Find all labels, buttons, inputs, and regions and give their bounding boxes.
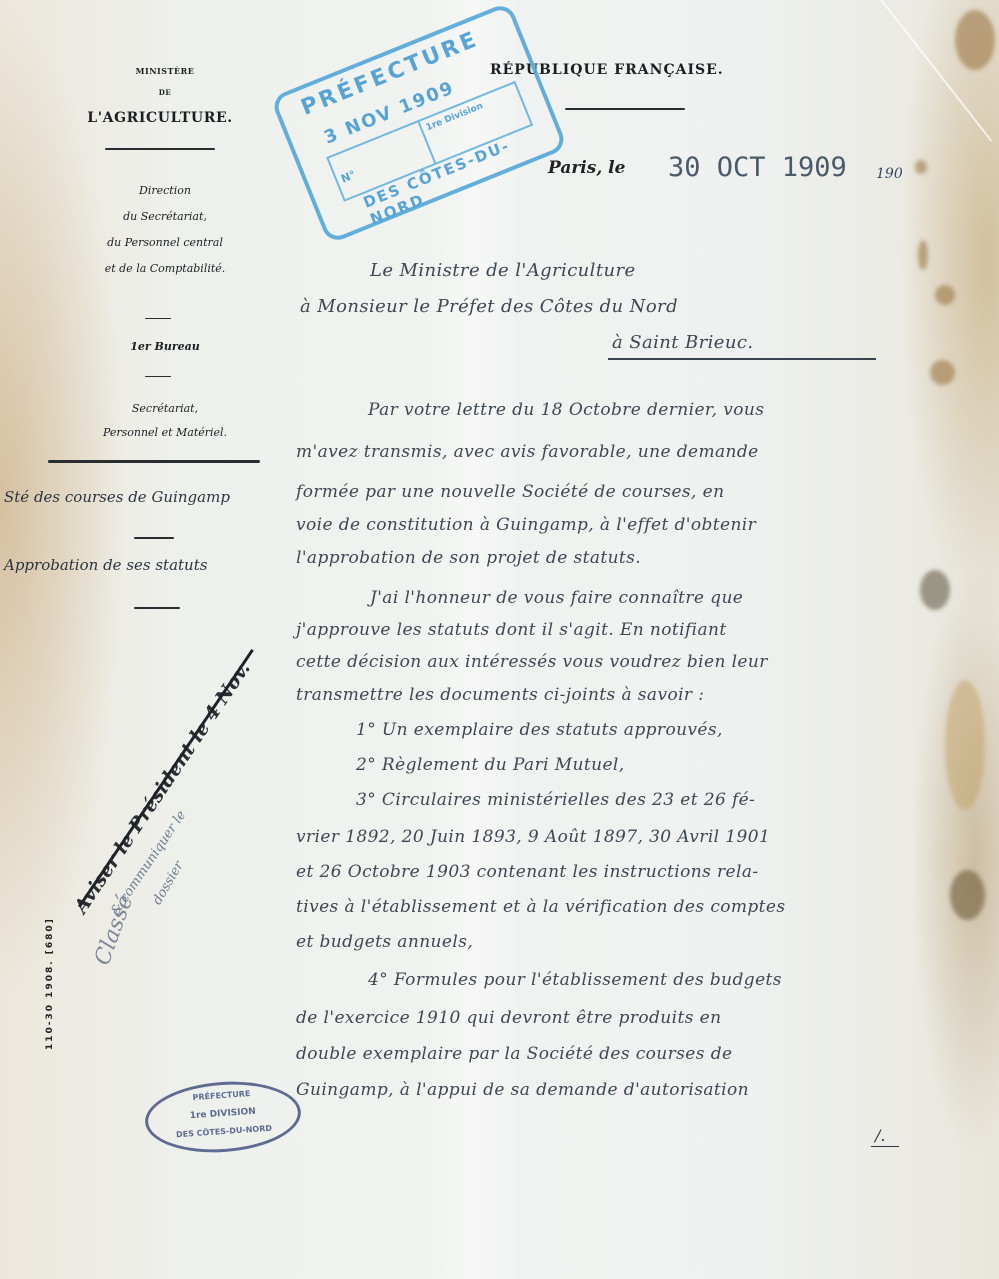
direction-line-2: du Secrétariat, — [60, 204, 270, 230]
divider — [145, 376, 171, 377]
margin-subject-2: Approbation de ses statuts — [4, 556, 207, 574]
body-line: tives à l'établissement et à la vérifica… — [296, 897, 786, 917]
body-line: de l'exercice 1910 qui devront être prod… — [296, 1008, 721, 1028]
body-line: Guingamp, à l'appui de sa demande d'auto… — [296, 1080, 749, 1100]
oval-stamp-line-3: DES CÔTES-DU-NORD — [149, 1122, 299, 1141]
stain — [945, 680, 985, 810]
list-item: 4° Formules pour l'établissement des bud… — [368, 970, 782, 990]
oval-stamp-line-2: 1re DIVISION — [148, 1104, 298, 1124]
date-line: Paris, le — [548, 158, 625, 178]
ministry-de-label: DE — [60, 88, 270, 97]
place-prefix: Paris, le — [548, 158, 625, 178]
recipient-line: à Monsieur le Préfet des Côtes du Nord — [300, 296, 678, 317]
stain — [950, 870, 985, 920]
stain — [955, 10, 995, 70]
recipient-underline — [608, 358, 876, 360]
direction-line-1: Direction — [60, 178, 270, 204]
body-line: voie de constitution à Guingamp, à l'eff… — [296, 515, 756, 535]
section-line-1: Secrétariat, — [60, 396, 270, 422]
bureau-label: 1er Bureau — [60, 334, 270, 360]
sender-line: Le Ministre de l'Agriculture — [370, 260, 636, 281]
body-line: et budgets annuels, — [296, 932, 473, 952]
stain — [920, 570, 950, 610]
body-line: vrier 1892, 20 Juin 1893, 9 Août 1897, 3… — [296, 827, 770, 847]
body-line: l'approbation de son projet de statuts. — [296, 548, 641, 568]
stain — [930, 360, 955, 385]
divider — [134, 537, 174, 539]
ministry-name: L'AGRICULTURE. — [55, 110, 265, 126]
divider — [565, 108, 685, 110]
body-line: formée par une nouvelle Société de cours… — [296, 482, 724, 502]
body-line: m'avez transmis, avec avis favorable, un… — [296, 442, 759, 462]
list-item: 1° Un exemplaire des statuts approuvés, — [356, 720, 723, 740]
direction-line-3: du Personnel central — [60, 230, 270, 256]
stain — [915, 160, 927, 174]
body-line: cette décision aux intéressés vous voudr… — [296, 652, 768, 672]
body-line: J'ai l'honneur de vous faire connaître q… — [370, 588, 743, 608]
direction-line-4: et de la Comptabilité. — [60, 256, 270, 282]
recipient-place: à Saint Brieuc. — [612, 332, 753, 353]
page-continuation-mark: /. — [875, 1126, 885, 1145]
divider — [105, 148, 215, 150]
list-item: 3° Circulaires ministérielles des 23 et … — [356, 790, 755, 810]
body-line: et 26 Octobre 1903 contenant les instruc… — [296, 862, 759, 882]
body-line: double exemplaire par la Société des cou… — [296, 1044, 732, 1064]
vertical-print-code: 110-30 1908. [680] — [45, 917, 55, 1050]
section-line-2: Personnel et Matériel. — [60, 420, 270, 446]
margin-subject-1: Sté des courses de Guingamp — [4, 488, 230, 506]
body-line: transmettre les documents ci-joints à sa… — [296, 685, 704, 705]
stain — [918, 240, 928, 270]
year-suffix: 190 — [876, 166, 903, 182]
divider — [145, 318, 171, 319]
divider — [48, 460, 260, 463]
body-line: j'approuve les statuts dont il s'agit. E… — [296, 620, 727, 640]
date-stamp: 30 OCT 1909 — [668, 152, 847, 183]
divider — [134, 607, 180, 609]
list-item: 2° Règlement du Pari Mutuel, — [356, 755, 625, 775]
stain — [935, 285, 955, 305]
body-line: Par votre lettre du 18 Octobre dernier, … — [368, 400, 764, 420]
ministry-small-label: MINISTÈRE — [60, 66, 270, 76]
